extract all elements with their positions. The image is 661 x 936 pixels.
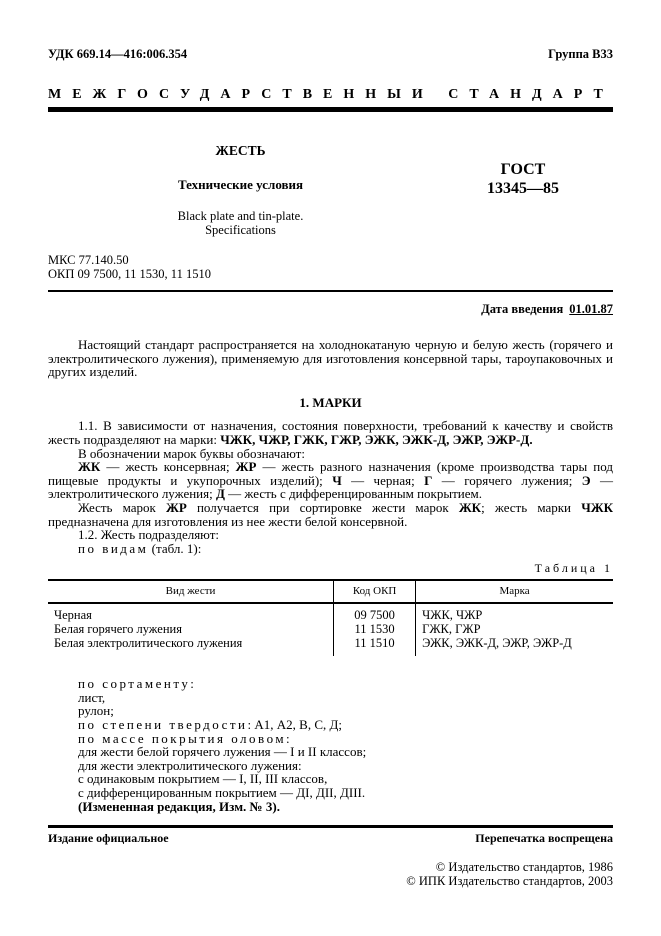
doc-title-en-line2: Specifications — [48, 223, 433, 237]
intro-date-value: 01.01.87 — [569, 302, 613, 316]
cell-mark: ГЖК, ГЖР — [416, 623, 613, 637]
footer-row: Издание официальное Перепечатка воспреще… — [48, 832, 613, 846]
mks-code: МКС 77.140.50 — [48, 253, 613, 267]
list-item: по сортаменту: — [78, 677, 613, 691]
group-code: Группа В33 — [548, 48, 613, 62]
list-item: для жести белой горячего лужения — I и I… — [78, 745, 613, 759]
gost-number: 13345—85 — [433, 179, 613, 198]
table-header-mark: Марка — [416, 580, 613, 604]
list-item: по степени твердости: А1, А2, В, С, Д; — [78, 718, 613, 732]
cell-mark: ЭЖК, ЭЖК-Д, ЭЖР, ЭЖР-Д — [416, 637, 613, 657]
udk-code: УДК 669.14—416:006.354 — [48, 48, 187, 62]
cell-kind: Черная — [48, 603, 334, 623]
cell-okp: 11 1530 — [334, 623, 416, 637]
classification-row: УДК 669.14—416:006.354 Группа В33 — [48, 48, 613, 62]
list-item: по массе покрытия оловом: — [78, 732, 613, 746]
scope-paragraph: Настоящий стандарт распространяется на х… — [48, 338, 613, 379]
standard-type-heading: МЕЖГОСУДАРСТВЕННЫЙ СТАНДАРТ — [48, 88, 613, 102]
list-item: с одинаковым покрытием — I, II, III клас… — [78, 772, 613, 786]
amendment-note: (Измененная редакция, Изм. № 3). — [78, 800, 613, 814]
gost-designation: ГОСТ 13345—85 — [433, 144, 613, 237]
list-item: для жести электролитического лужения: — [78, 759, 613, 773]
list-item: лист, — [78, 691, 613, 705]
cell-okp: 11 1510 — [334, 637, 416, 657]
intro-date-line: Дата введения01.01.87 — [48, 303, 613, 317]
paragraph-sorting: Жесть марок ЖР получается при сортировке… — [48, 501, 613, 528]
doc-title-en-line1: Black plate and tin-plate. — [48, 209, 433, 223]
table-1-label: Таблица 1 — [48, 562, 613, 576]
paragraph-designations: ЖК — жесть консервная; ЖР — жесть разног… — [48, 460, 613, 501]
intro-date-label: Дата введения — [481, 302, 563, 316]
okp-codes: ОКП 09 7500, 11 1530, 11 1510 — [48, 267, 613, 281]
cell-kind: Белая электролитического лужения — [48, 637, 334, 657]
list-item: с дифференцированным покрытием — ДI, ДII… — [78, 786, 613, 800]
table-header-kind: Вид жести — [48, 580, 334, 604]
doc-subtitle: Технические условия — [48, 178, 433, 192]
title-block: ЖЕСТЬ Технические условия Black plate an… — [48, 144, 433, 237]
cell-mark: ЧЖК, ЧЖР — [416, 603, 613, 623]
codes-block: МКС 77.140.50 ОКП 09 7500, 11 1530, 11 1… — [48, 253, 613, 281]
table-row: Черная 09 7500 ЧЖК, ЧЖР — [48, 603, 613, 623]
paragraph-designation-intro: В обозначении марок буквы обозначают: — [48, 447, 613, 461]
paragraph-1-1: 1.1. В зависимости от назначения, состоя… — [48, 419, 613, 446]
copyright-line-2003: © ИПК Издательство стандартов, 2003 — [48, 874, 613, 889]
gost-label: ГОСТ — [433, 160, 613, 179]
cell-kind: Белая горячего лужения — [48, 623, 334, 637]
section-1-heading: 1. МАРКИ — [48, 396, 613, 410]
footer-rule — [48, 825, 613, 828]
list-item: рулон; — [78, 704, 613, 718]
classification-list: по сортаменту: лист, рулон; по степени т… — [48, 677, 613, 813]
document-page: УДК 669.14—416:006.354 Группа В33 МЕЖГОС… — [0, 0, 661, 936]
codes-rule — [48, 290, 613, 292]
reprint-prohibited-note: Перепечатка воспрещена — [475, 832, 613, 846]
title-section: ЖЕСТЬ Технические условия Black plate an… — [48, 144, 613, 237]
cell-okp: 09 7500 — [334, 603, 416, 623]
paragraph-by-kind: по видам (табл. 1): — [48, 542, 613, 556]
table-row: Белая горячего лужения 11 1530 ГЖК, ГЖР — [48, 623, 613, 637]
table-header-okp: Код ОКП — [334, 580, 416, 604]
paragraph-1-2: 1.2. Жесть подразделяют: — [48, 528, 613, 542]
spec-table: Вид жести Код ОКП Марка Черная 09 7500 Ч… — [48, 579, 613, 656]
heading-rule — [48, 107, 613, 112]
doc-title-en: Black plate and tin-plate. Specification… — [48, 209, 433, 237]
table-header-row: Вид жести Код ОКП Марка — [48, 580, 613, 604]
table-row: Белая электролитического лужения 11 1510… — [48, 637, 613, 657]
copyright-block: © Издательство стандартов, 1986 © ИПК Из… — [48, 860, 613, 889]
official-edition-note: Издание официальное — [48, 832, 169, 846]
copyright-line-1986: © Издательство стандартов, 1986 — [48, 860, 613, 875]
doc-title: ЖЕСТЬ — [48, 144, 433, 158]
